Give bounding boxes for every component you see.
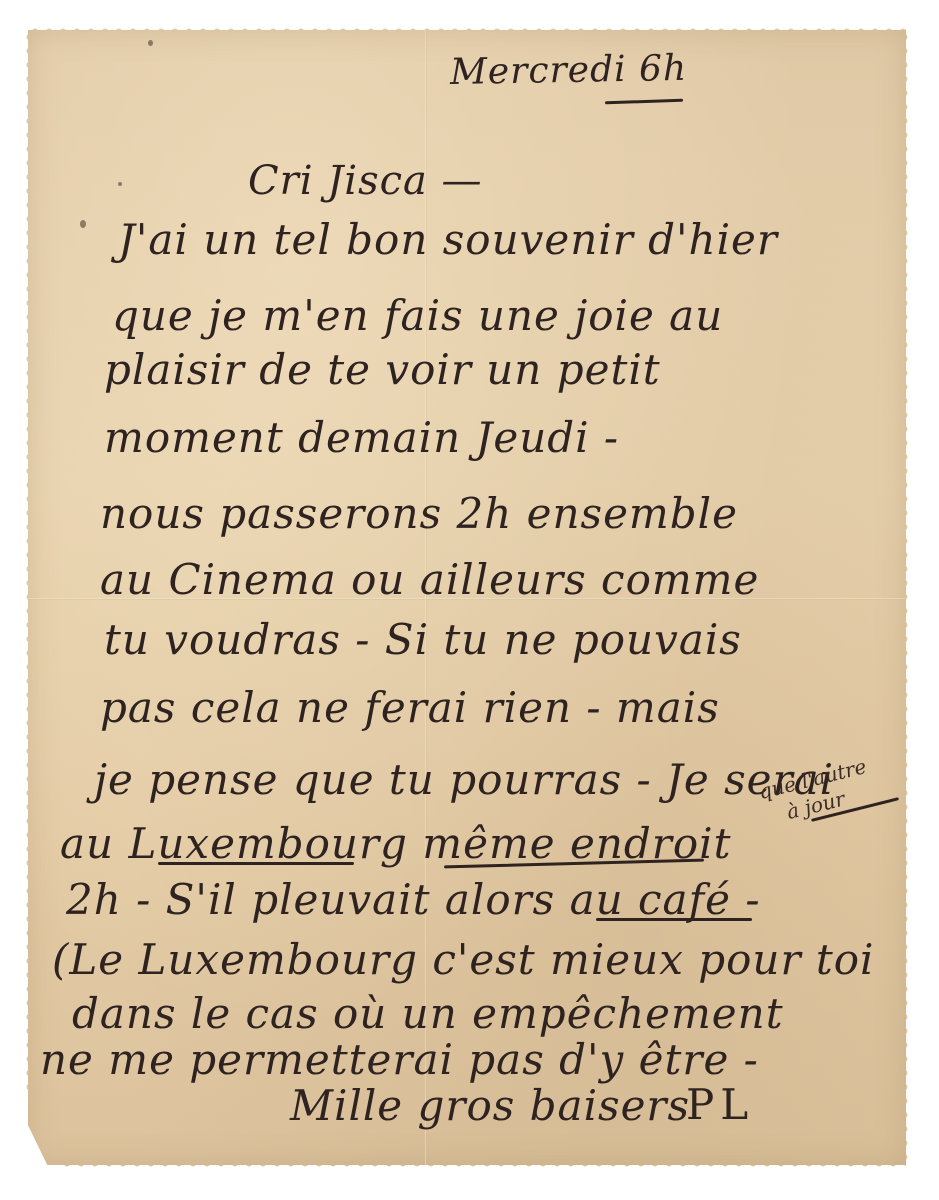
ink-speck [118, 182, 122, 186]
letter-line-7: tu voudras - Si tu ne pouvais [104, 616, 742, 664]
signature: PL [686, 1080, 754, 1129]
ink-speck [80, 220, 86, 228]
underline-luxembourg [158, 862, 354, 865]
letter-line-5: nous passerons 2h ensemble [100, 490, 738, 538]
letter-line-8: pas cela ne ferai rien - mais [100, 684, 720, 732]
ink-speck [148, 40, 153, 46]
letter-line-1: J'ai un tel bon souvenir d'hier [118, 216, 778, 264]
letter-line-4: moment demain Jeudi - [104, 414, 619, 462]
greeting: Cri Jisca — [248, 158, 483, 204]
underline-cafe [596, 918, 752, 921]
letter-line-9: je pense que tu pourras - Je serai [94, 756, 834, 804]
date-line: Mercredi 6h [450, 48, 688, 93]
letter-line-2: que je m'en fais une joie au [112, 292, 723, 340]
letter-line-11: 2h - S'il pleuvait alors au café - [66, 876, 761, 924]
closing: Mille gros baisers [290, 1082, 690, 1130]
letter-line-3: plaisir de te voir un petit [104, 346, 661, 394]
letter-line-12: (Le Luxembourg c'est mieux pour toi [52, 936, 874, 984]
letter-line-14: ne me permetterai pas d'y être - [40, 1036, 759, 1084]
letter-line-13: dans le cas où un empêchement [72, 990, 784, 1038]
letter-line-6: au Cinema ou ailleurs comme [100, 556, 759, 604]
